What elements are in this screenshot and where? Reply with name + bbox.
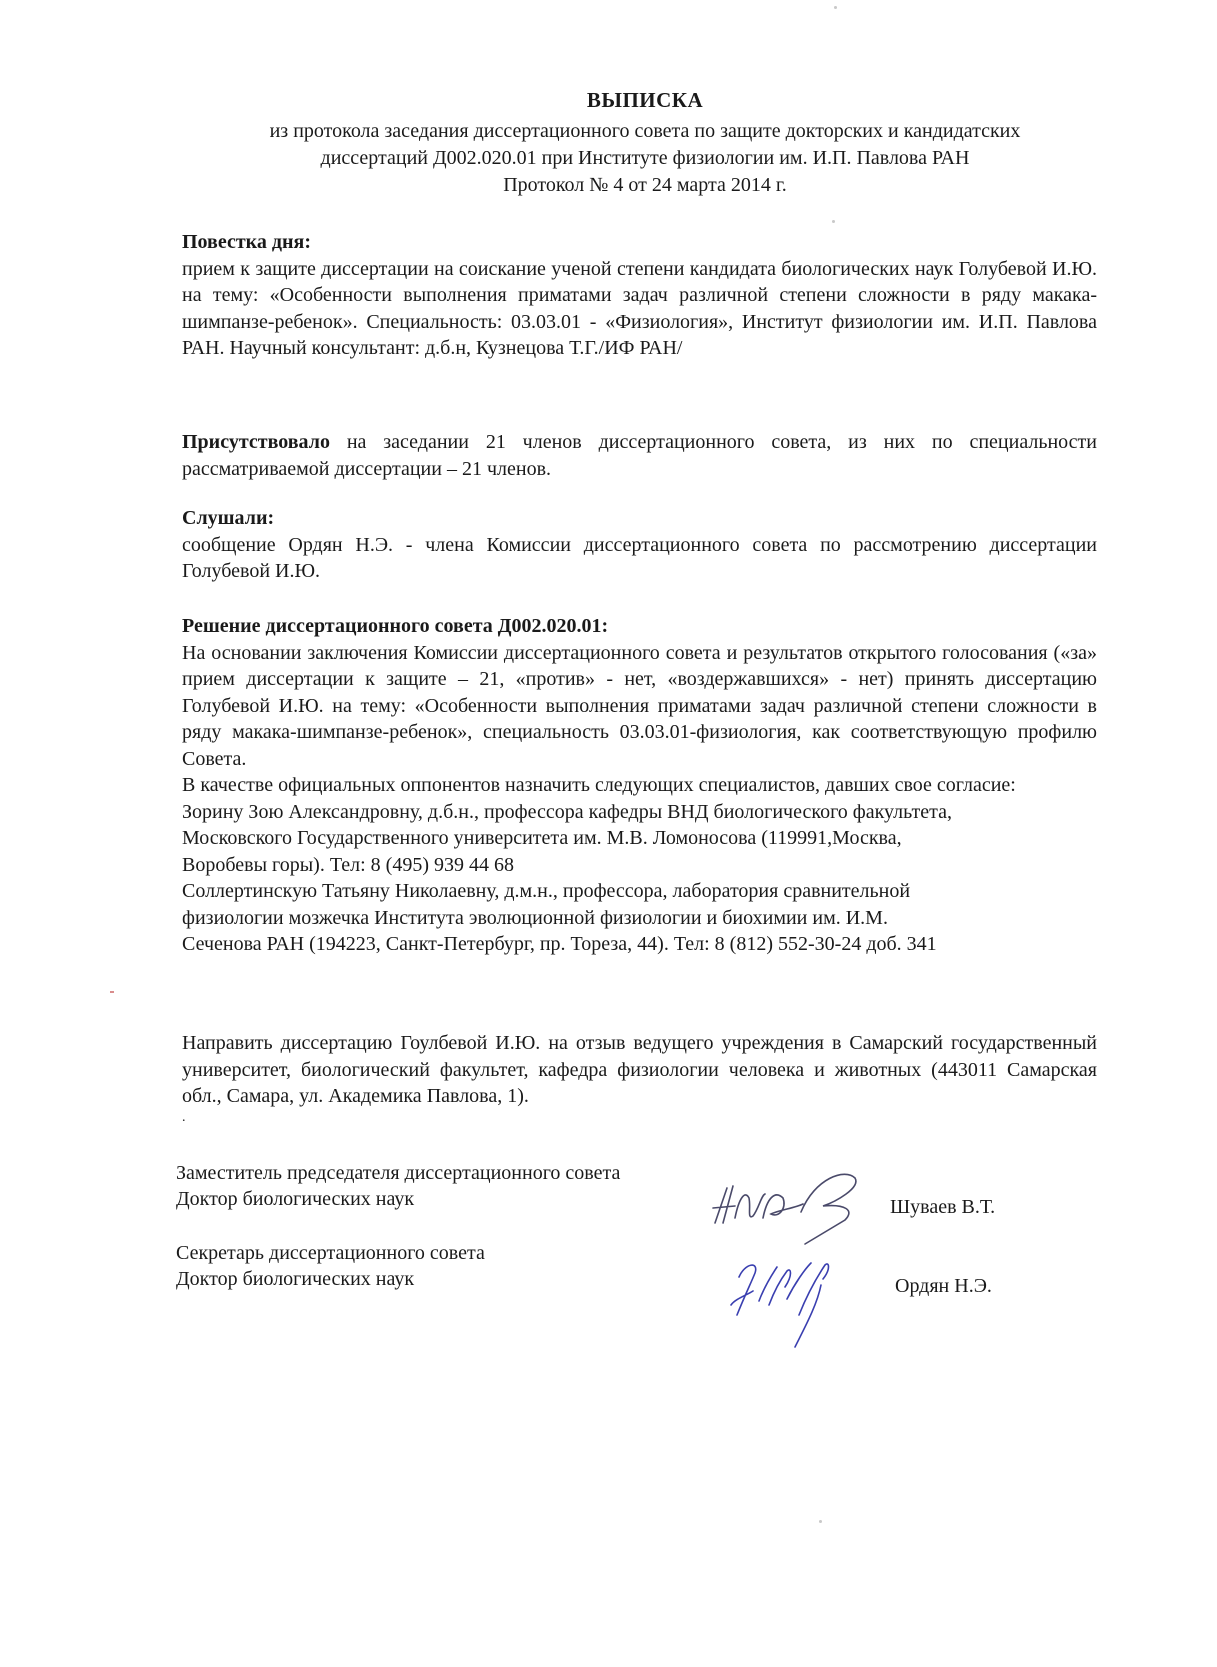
signatory-degree-line: Доктор биологических наук	[176, 1266, 485, 1292]
subtitle-line: диссертаций Д002.020.01 при Институте фи…	[180, 145, 1110, 172]
heard-section: Слушали: сообщение Ордян Н.Э. - члена Ко…	[182, 505, 1097, 585]
leading-org-section: Направить диссертацию Гоулбевой И.Ю. на …	[182, 1030, 1097, 1126]
handwritten-signature-shuvaev-icon	[705, 1168, 865, 1248]
opponent-1: Зорину Зою Александровну, д.б.н., профес…	[182, 799, 1097, 879]
subtitle-line: из протокола заседания диссертационного …	[180, 118, 1110, 145]
signatory-1-name: Шуваев В.Т.	[890, 1196, 995, 1219]
scan-speck	[819, 1520, 822, 1523]
scan-speck	[834, 6, 837, 9]
heard-heading: Слушали:	[182, 505, 1097, 532]
scan-speck	[832, 220, 835, 223]
attendance-section: Присутствовало на заседании 21 членов ди…	[182, 429, 1097, 482]
attendance-paragraph: Присутствовало на заседании 21 членов ди…	[182, 429, 1097, 482]
opponent-line: Соллертинскую Татьяну Николаевну, д.м.н.…	[182, 878, 1097, 905]
heard-text: сообщение Ордян Н.Э. - члена Комиссии ди…	[182, 532, 1097, 585]
decision-section: Решение диссертационного совета Д002.020…	[182, 613, 1097, 958]
decision-paragraph-1: На основании заключения Комиссии диссерт…	[182, 640, 1097, 773]
document-subtitle: из протокола заседания диссертационного …	[180, 118, 1110, 199]
scan-speck	[110, 991, 114, 993]
signatory-position-line: Заместитель председателя диссертационног…	[176, 1160, 620, 1186]
signatory-2-position: Секретарь диссертационного совета Доктор…	[176, 1240, 485, 1292]
document-page: ВЫПИСКА из протокола заседания диссертац…	[0, 0, 1217, 1667]
agenda-section: Повестка дня: прием к защите диссертации…	[182, 229, 1097, 362]
protocol-line: Протокол № 4 от 24 марта 2014 г.	[180, 172, 1110, 199]
agenda-heading: Повестка дня:	[182, 229, 1097, 256]
opponent-line: Московского Государственного университет…	[182, 825, 1097, 852]
stray-dot: .	[182, 1110, 1097, 1126]
signatory-degree-line: Доктор биологических наук	[176, 1186, 620, 1212]
opponent-line: физиологии мозжечка Института эволюционн…	[182, 905, 1097, 932]
attendance-heading: Присутствовало	[182, 431, 330, 453]
opponent-line: Воробевы горы). Тел: 8 (495) 939 44 68	[182, 852, 1097, 879]
leading-org-text: Направить диссертацию Гоулбевой И.Ю. на …	[182, 1030, 1097, 1110]
signatory-2-name: Ордян Н.Э.	[895, 1275, 992, 1298]
opponent-line: Сеченова РАН (194223, Санкт-Петербург, п…	[182, 931, 1097, 958]
signatory-position-line: Секретарь диссертационного совета	[176, 1240, 485, 1266]
decision-paragraph-2: В качестве официальных оппонентов назнач…	[182, 772, 1097, 799]
decision-heading: Решение диссертационного совета Д002.020…	[182, 613, 1097, 640]
document-title: ВЫПИСКА	[0, 88, 1217, 113]
opponent-2: Соллертинскую Татьяну Николаевну, д.м.н.…	[182, 878, 1097, 958]
signatory-1-position: Заместитель председателя диссертационног…	[176, 1160, 620, 1212]
handwritten-signature-ordyan-icon	[725, 1255, 855, 1350]
agenda-text: прием к защите диссертации на соискание …	[182, 256, 1097, 362]
opponent-line: Зорину Зою Александровну, д.б.н., профес…	[182, 799, 1097, 826]
